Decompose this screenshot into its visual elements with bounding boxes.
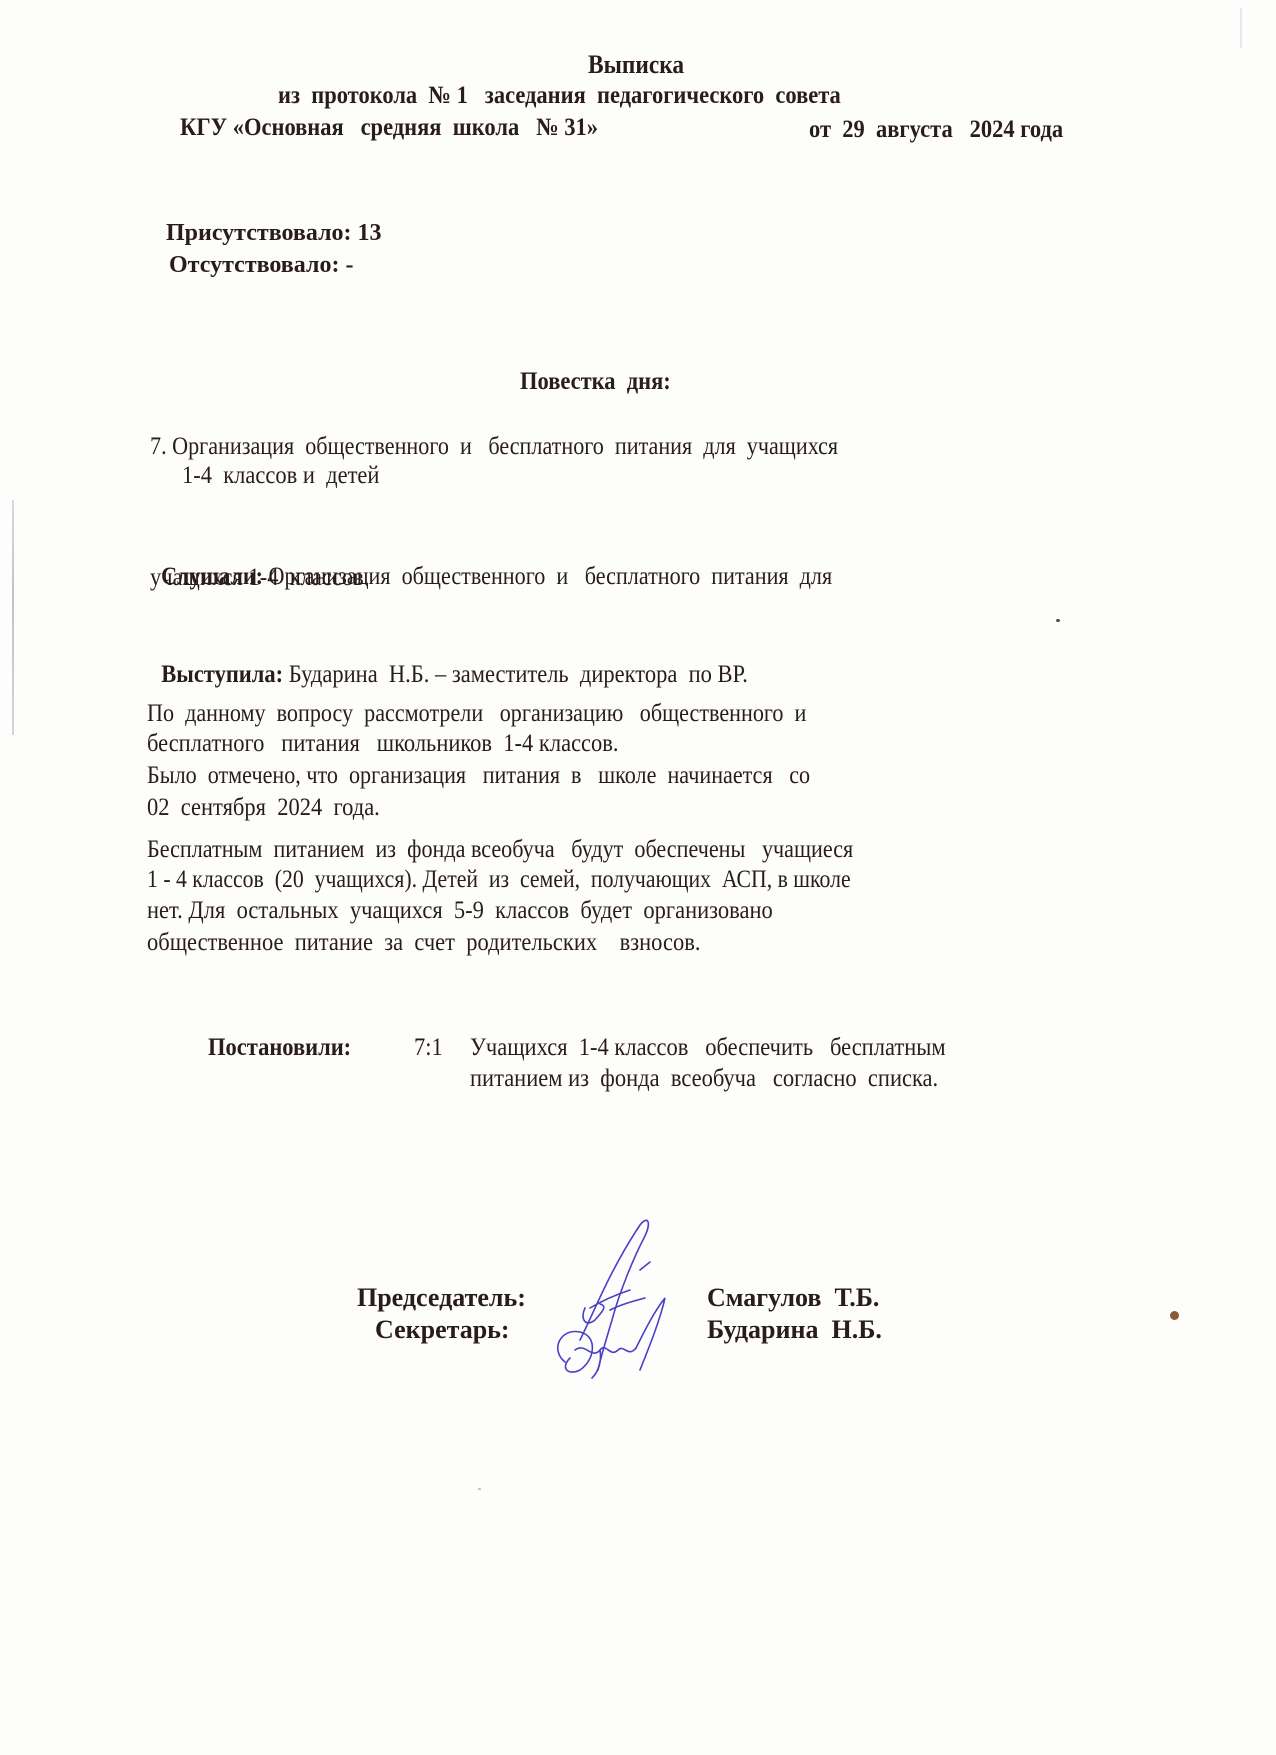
discussion-line: 02 сентября 2024 года. — [147, 794, 380, 822]
discussion-line: По данному вопросу рассмотрели организац… — [147, 700, 806, 728]
scan-artifact-line-top — [1240, 8, 1242, 48]
listened-line2: учащихся 1-4 классов. — [150, 564, 369, 592]
document-subtitle: из протокола № 1 заседания педагогическо… — [278, 82, 841, 110]
scan-artifact-line — [12, 500, 14, 735]
meeting-date: от 29 августа 2024 года — [809, 116, 1063, 144]
discussion-line: Бесплатным питанием из фонда всеобуча бу… — [147, 836, 853, 864]
discussion-line: 1 - 4 классов (20 учащихся). Детей из се… — [147, 866, 851, 894]
discussion-line: бесплатного питания школьников 1-4 класс… — [147, 730, 619, 758]
discussion-line: Было отмечено, что организация питания в… — [147, 762, 810, 790]
resolution-line1: Учащихся 1-4 классов обеспечить бесплатн… — [470, 1034, 946, 1062]
present-count: Присутствовало: 13 — [166, 220, 382, 247]
handwritten-signature-icon — [540, 1210, 720, 1380]
speaker-line: Выступила: Бударина Н.Б. – заместитель д… — [150, 633, 748, 689]
speaker-text: Бударина Н.Б. – заместитель директора по… — [283, 661, 748, 688]
secretary-name: Бударина Н.Б. — [707, 1315, 882, 1345]
resolution-label: Постановили: — [208, 1034, 351, 1062]
agenda-item-cont: 1-4 классов и детей — [182, 462, 379, 490]
scan-speck — [1056, 619, 1060, 622]
document-title: Выписка — [588, 50, 684, 80]
chair-label: Председатель: — [357, 1283, 526, 1313]
resolution-number: 7:1 — [414, 1034, 443, 1062]
agenda-title: Повестка дня: — [520, 368, 671, 396]
agenda-item: 7. Организация общественного и бесплатно… — [150, 433, 838, 461]
speaker-label: Выступила: — [161, 661, 283, 688]
scan-speck — [478, 1488, 481, 1490]
school-name: КГУ «Основная средняя школа № 31» — [180, 114, 598, 142]
scan-speck — [1170, 1311, 1179, 1320]
discussion-line: нет. Для остальных учащихся 5-9 классов … — [147, 897, 773, 925]
absent-count: Отсутствовало: - — [169, 252, 353, 279]
resolution-line2: питанием из фонда всеобуча согласно спис… — [470, 1065, 938, 1093]
secretary-label: Секретарь: — [375, 1315, 510, 1345]
chair-name: Смагулов Т.Б. — [707, 1283, 879, 1313]
discussion-line: общественное питание за счет родительски… — [147, 929, 700, 957]
